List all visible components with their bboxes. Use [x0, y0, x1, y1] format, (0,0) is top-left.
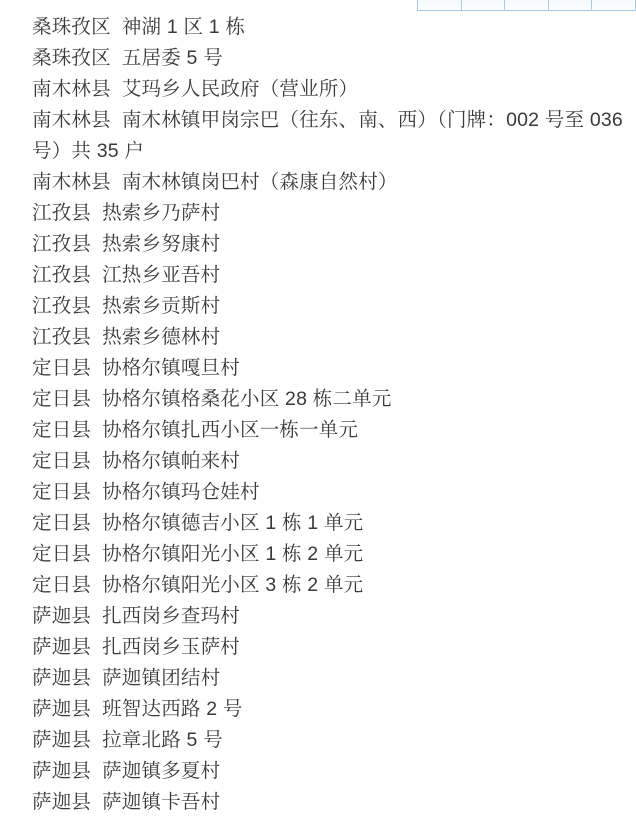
list-item: 南木林县艾玛乡人民政府（营业所）	[32, 74, 628, 105]
address-text: 热索乡努康村	[102, 233, 220, 255]
list-item: 桑珠孜区神湖 1 区 1 栋	[32, 12, 628, 43]
address-text: 萨迦镇多夏村	[102, 760, 220, 782]
county-label: 江孜县	[32, 295, 91, 317]
list-item: 南木林县南木林镇岗巴村（森康自然村）	[32, 167, 628, 198]
list-item: 萨迦县扎西岗乡查玛村	[32, 601, 628, 632]
list-item: 定日县协格尔镇帕来村	[32, 446, 628, 477]
address-text: 热索乡德林村	[102, 326, 220, 348]
list-item: 定日县协格尔镇格桑花小区 28 栋二单元	[32, 384, 628, 415]
list-item: 定日县协格尔镇扎西小区一栋一单元	[32, 415, 628, 446]
county-label: 定日县	[32, 512, 91, 534]
county-label: 江孜县	[32, 264, 91, 286]
address-text: 协格尔镇阳光小区 3 栋 2 单元	[102, 574, 363, 596]
county-label: 江孜县	[32, 233, 91, 255]
address-text: 神湖 1 区 1 栋	[122, 16, 245, 38]
address-text: 协格尔镇阳光小区 1 栋 2 单元	[102, 543, 363, 565]
list-item: 江孜县热索乡努康村	[32, 229, 628, 260]
county-label: 定日县	[32, 388, 91, 410]
county-label: 萨迦县	[32, 636, 91, 658]
list-item: 桑珠孜区五居委 5 号	[32, 43, 628, 74]
table-cell	[417, 0, 462, 11]
list-item: 南木林县南木林镇甲岗宗巴（往东、南、西）（门牌：002 号至 036 号）共 3…	[32, 105, 628, 167]
address-text: 江热乡亚吾村	[102, 264, 220, 286]
list-item: 萨迦县萨迦镇卡吾村	[32, 787, 628, 818]
table-cell	[461, 0, 506, 11]
address-text: 热索乡乃萨村	[102, 202, 220, 224]
list-item: 萨迦县班智达西路 2 号	[32, 694, 628, 725]
county-label: 南木林县	[32, 109, 111, 131]
address-text: 扎西岗乡查玛村	[102, 605, 240, 627]
county-label: 江孜县	[32, 202, 91, 224]
address-text: 热索乡贡斯村	[102, 295, 220, 317]
county-label: 南木林县	[32, 78, 111, 100]
list-item: 定日县协格尔镇阳光小区 1 栋 2 单元	[32, 539, 628, 570]
address-list: 桑珠孜区神湖 1 区 1 栋 桑珠孜区五居委 5 号 南木林县艾玛乡人民政府（营…	[0, 12, 636, 818]
county-label: 萨迦县	[32, 667, 91, 689]
county-label: 桑珠孜区	[32, 16, 111, 38]
address-text: 艾玛乡人民政府（营业所）	[122, 78, 358, 100]
list-item: 江孜县热索乡贡斯村	[32, 291, 628, 322]
address-text: 萨迦镇团结村	[102, 667, 220, 689]
list-item: 定日县协格尔镇阳光小区 3 栋 2 单元	[32, 570, 628, 601]
county-label: 桑珠孜区	[32, 47, 111, 69]
list-item: 定日县协格尔镇德吉小区 1 栋 1 单元	[32, 508, 628, 539]
address-text: 萨迦镇卡吾村	[102, 791, 220, 813]
list-item: 定日县协格尔镇玛仓娃村	[32, 477, 628, 508]
list-item: 江孜县热索乡德林村	[32, 322, 628, 353]
address-text: 协格尔镇扎西小区一栋一单元	[102, 419, 358, 441]
document-page: 桑珠孜区神湖 1 区 1 栋 桑珠孜区五居委 5 号 南木林县艾玛乡人民政府（营…	[0, 0, 636, 834]
address-text: 班智达西路 2 号	[102, 698, 242, 720]
table-cell	[504, 0, 549, 11]
address-text: 协格尔镇德吉小区 1 栋 1 单元	[102, 512, 363, 534]
address-text: 协格尔镇帕来村	[102, 450, 240, 472]
table-cell	[548, 0, 593, 11]
address-text: 五居委 5 号	[122, 47, 223, 69]
county-label: 定日县	[32, 357, 91, 379]
county-label: 定日县	[32, 419, 91, 441]
address-text: 协格尔镇格桑花小区 28 栋二单元	[102, 388, 391, 410]
address-text: 协格尔镇玛仓娃村	[102, 481, 260, 503]
list-item: 萨迦县拉章北路 5 号	[32, 725, 628, 756]
address-text: 拉章北路 5 号	[102, 729, 223, 751]
county-label: 江孜县	[32, 326, 91, 348]
county-label: 萨迦县	[32, 760, 91, 782]
county-label: 萨迦县	[32, 605, 91, 627]
list-item: 萨迦县扎西岗乡玉萨村	[32, 632, 628, 663]
address-text: 南木林镇岗巴村（森康自然村）	[122, 171, 398, 193]
county-label: 萨迦县	[32, 729, 91, 751]
county-label: 定日县	[32, 450, 91, 472]
list-item: 江孜县热索乡乃萨村	[32, 198, 628, 229]
list-item: 定日县协格尔镇嘎旦村	[32, 353, 628, 384]
county-label: 南木林县	[32, 171, 111, 193]
county-label: 定日县	[32, 543, 91, 565]
table-cell	[591, 0, 636, 11]
list-item: 萨迦县萨迦镇多夏村	[32, 756, 628, 787]
county-label: 定日县	[32, 481, 91, 503]
county-label: 萨迦县	[32, 791, 91, 813]
address-text: 扎西岗乡玉萨村	[102, 636, 240, 658]
list-item: 萨迦县萨迦镇团结村	[32, 663, 628, 694]
address-text: 南木林镇甲岗宗巴（往东、南、西）（门牌：002 号至 036 号）共 35 户	[32, 109, 623, 162]
county-label: 定日县	[32, 574, 91, 596]
list-item: 江孜县江热乡亚吾村	[32, 260, 628, 291]
county-label: 萨迦县	[32, 698, 91, 720]
table-row-fragment	[417, 0, 635, 11]
address-text: 协格尔镇嘎旦村	[102, 357, 240, 379]
